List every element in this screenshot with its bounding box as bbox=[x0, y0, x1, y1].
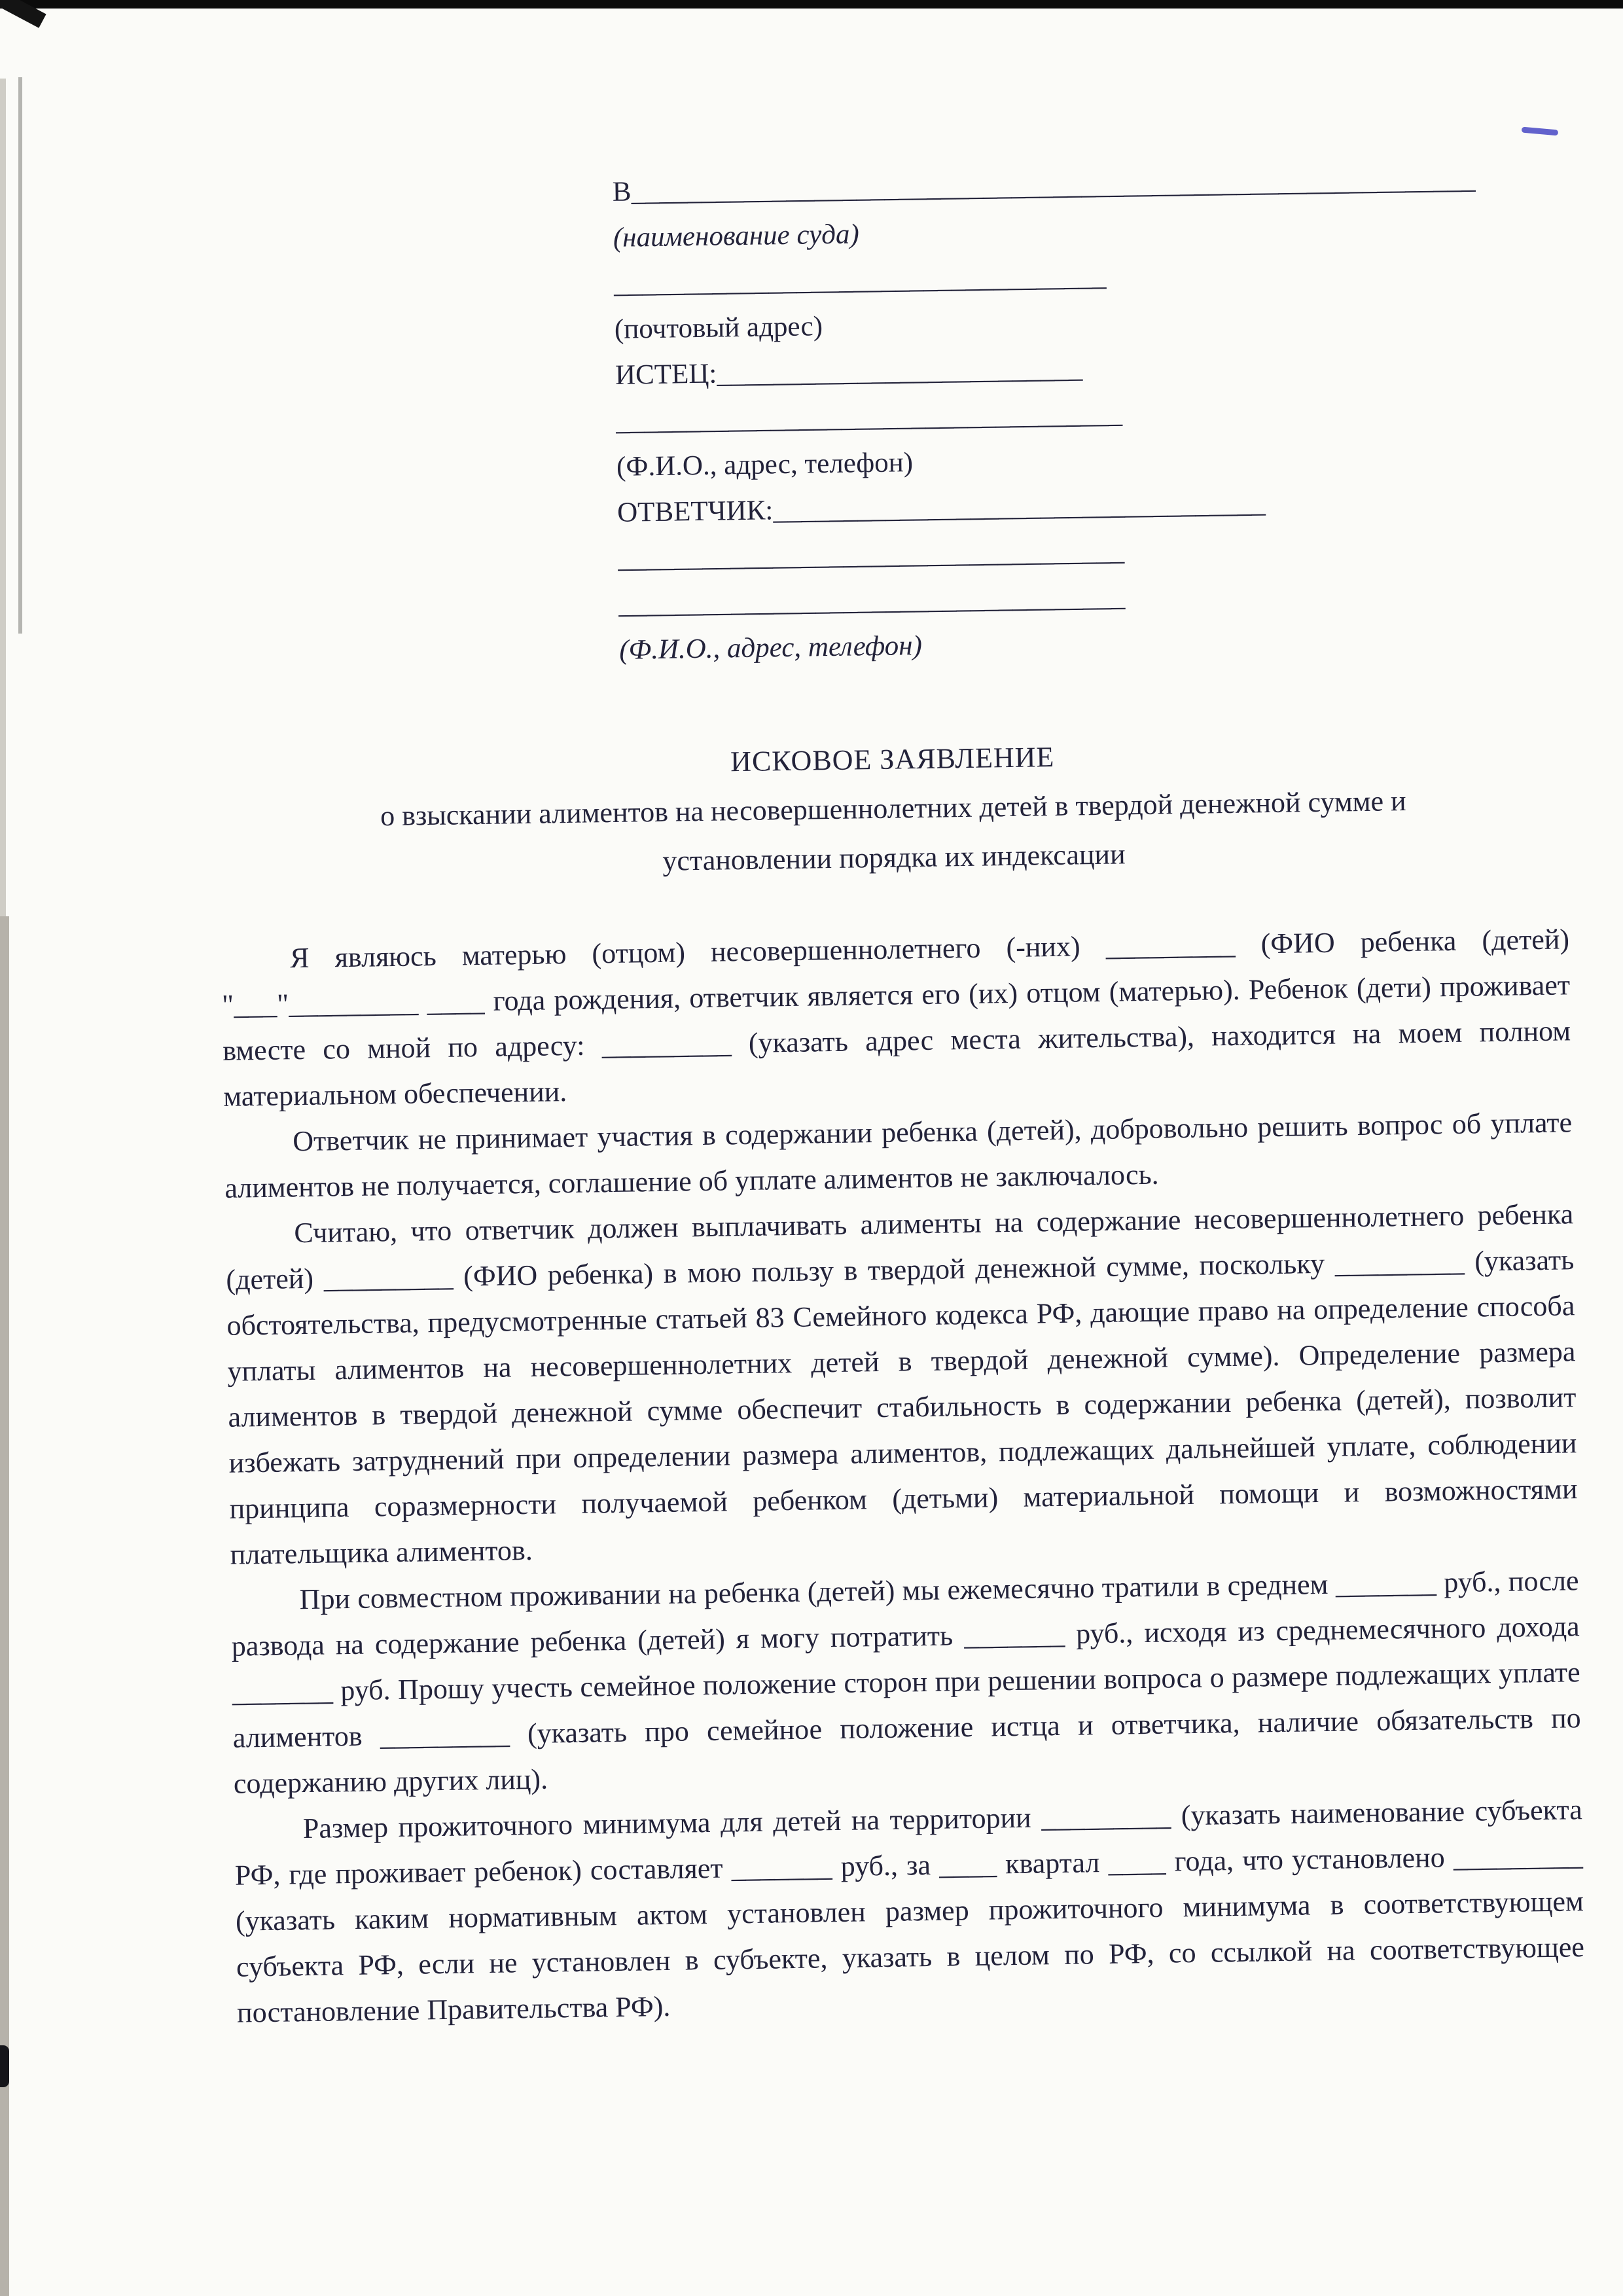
plaintiff-label: ИСТЕЦ: bbox=[615, 359, 717, 391]
defendant-blank: ___________________________________ bbox=[773, 488, 1266, 526]
defendant-label: ОТВЕТЧИК: bbox=[617, 495, 774, 528]
court-name-blank: ________________________________________… bbox=[631, 164, 1476, 207]
ink-smudge bbox=[0, 2045, 9, 2087]
defendant-extra-blank1: ____________________________________ bbox=[618, 535, 1125, 573]
paper-edge-shadow-top bbox=[0, 79, 6, 929]
paper-edge-shadow bbox=[0, 916, 9, 2296]
paper-edge-line bbox=[18, 77, 22, 634]
paragraph: Считаю, что ответчик должен выплачивать … bbox=[225, 1191, 1578, 1577]
scanned-page: В_______________________________________… bbox=[0, 0, 1623, 2296]
paragraph: При совместном проживании на ребенка (де… bbox=[230, 1558, 1582, 1807]
plaintiff-extra-blank: ____________________________________ bbox=[616, 398, 1123, 436]
court-prefix: В bbox=[613, 176, 632, 207]
scan-edge-top bbox=[0, 0, 1623, 9]
paragraph: Я являюсь матерью (отцом) несовершенноле… bbox=[221, 916, 1572, 1120]
document-title-block: ИСКОВОЕ ЗАЯВЛЕНИЕ о взыскании алиментов … bbox=[218, 725, 1568, 892]
plaintiff-blank: __________________________ bbox=[717, 353, 1083, 389]
document-content: В_______________________________________… bbox=[209, 137, 1585, 2036]
pen-mark bbox=[1522, 127, 1559, 136]
defendant-extra-blank2: ____________________________________ bbox=[618, 581, 1126, 619]
document-body: Я являюсь матерью (отцом) несовершенноле… bbox=[221, 916, 1586, 2036]
postal-address-blank: ___________________________________ bbox=[614, 261, 1107, 299]
paragraph: Размер прожиточного минимума для детей н… bbox=[234, 1787, 1585, 2036]
court-header-block: В_______________________________________… bbox=[612, 155, 1565, 673]
